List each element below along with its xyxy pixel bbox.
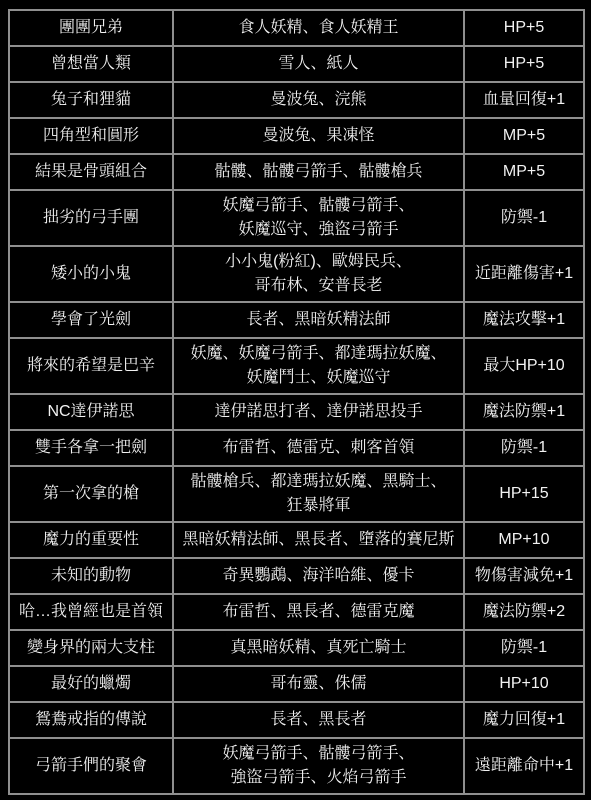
combo-effect-cell: 遠距離命中+1 [464, 738, 584, 794]
table-row: 將來的希望是巴辛 妖魔、妖魔弓箭手、都達瑪拉妖魔、 妖魔鬥士、妖魔巡守 最大HP… [9, 338, 584, 394]
combo-title-cell: 結果是骨頭組合 [9, 154, 173, 190]
combo-effect-cell: HP+5 [464, 10, 584, 46]
combo-title-cell: 哈…我曾經也是首領 [9, 594, 173, 630]
table-row: 矮小的小鬼 小小鬼(粉紅)、歐姆民兵、 哥布林、安普長老 近距離傷害+1 [9, 246, 584, 302]
combo-title-cell: 雙手各拿一把劍 [9, 430, 173, 466]
combo-effect-cell: 魔法防禦+2 [464, 594, 584, 630]
combo-table-container: 團團兄弟 食人妖精、食人妖精王 HP+5 曾想當人類 雪人、紙人 HP+5 兔子… [0, 0, 591, 800]
combo-effect-cell: 防禦-1 [464, 430, 584, 466]
combo-members-cell: 奇異鸚鵡、海洋哈維、優卡 [173, 558, 464, 594]
table-row: 團團兄弟 食人妖精、食人妖精王 HP+5 [9, 10, 584, 46]
combo-effect-cell: 防禦-1 [464, 630, 584, 666]
table-row: 弓箭手們的聚會 妖魔弓箭手、骷髏弓箭手、 強盜弓箭手、火焰弓箭手 遠距離命中+1 [9, 738, 584, 794]
combo-title-cell: 變身界的兩大支柱 [9, 630, 173, 666]
combo-members-cell: 長者、黑長者 [173, 702, 464, 738]
combo-members-cell: 黑暗妖精法師、黑長者、墮落的賽尼斯 [173, 522, 464, 558]
combo-effect-cell: 物傷害減免+1 [464, 558, 584, 594]
combo-title-cell: 曾想當人類 [9, 46, 173, 82]
table-row: 魔力的重要性 黑暗妖精法師、黑長者、墮落的賽尼斯 MP+10 [9, 522, 584, 558]
combo-effect-cell: 血量回復+1 [464, 82, 584, 118]
table-row: 學會了光劍 長者、黑暗妖精法師 魔法攻擊+1 [9, 302, 584, 338]
combo-title-cell: 將來的希望是巴辛 [9, 338, 173, 394]
combo-title-cell: 最好的蠟燭 [9, 666, 173, 702]
combo-effect-cell: 魔法防禦+1 [464, 394, 584, 430]
table-row: 未知的動物 奇異鸚鵡、海洋哈維、優卡 物傷害減免+1 [9, 558, 584, 594]
table-row: 變身界的兩大支柱 真黑暗妖精、真死亡騎士 防禦-1 [9, 630, 584, 666]
table-row: 拙劣的弓手團 妖魔弓箭手、骷髏弓箭手、 妖魔巡守、強盜弓箭手 防禦-1 [9, 190, 584, 246]
combo-members-cell: 小小鬼(粉紅)、歐姆民兵、 哥布林、安普長老 [173, 246, 464, 302]
combo-members-cell: 達伊諾思打者、達伊諾思投手 [173, 394, 464, 430]
combo-effect-cell: MP+5 [464, 154, 584, 190]
combo-members-cell: 布雷哲、德雷克、刺客首領 [173, 430, 464, 466]
combo-members-cell: 長者、黑暗妖精法師 [173, 302, 464, 338]
combo-title-cell: 第一次拿的槍 [9, 466, 173, 522]
table-row: 結果是骨頭組合 骷髏、骷髏弓箭手、骷髏槍兵 MP+5 [9, 154, 584, 190]
combo-title-cell: 四角型和圓形 [9, 118, 173, 154]
combo-title-cell: 矮小的小鬼 [9, 246, 173, 302]
combo-title-cell: 團團兄弟 [9, 10, 173, 46]
combo-members-cell: 真黑暗妖精、真死亡騎士 [173, 630, 464, 666]
combo-title-cell: 兔子和狸貓 [9, 82, 173, 118]
combo-members-cell: 妖魔弓箭手、骷髏弓箭手、 妖魔巡守、強盜弓箭手 [173, 190, 464, 246]
combo-effect-cell: 最大HP+10 [464, 338, 584, 394]
combo-effect-cell: MP+5 [464, 118, 584, 154]
combo-title-cell: 鴛鴦戒指的傳說 [9, 702, 173, 738]
combo-title-cell: 魔力的重要性 [9, 522, 173, 558]
combo-title-cell: 拙劣的弓手團 [9, 190, 173, 246]
combo-members-cell: 曼波兔、果凍怪 [173, 118, 464, 154]
combo-members-cell: 曼波兔、浣熊 [173, 82, 464, 118]
combo-effect-cell: 魔法攻擊+1 [464, 302, 584, 338]
combo-table-body: 團團兄弟 食人妖精、食人妖精王 HP+5 曾想當人類 雪人、紙人 HP+5 兔子… [9, 10, 584, 794]
combo-effect-cell: 魔力回復+1 [464, 702, 584, 738]
combo-members-cell: 妖魔弓箭手、骷髏弓箭手、 強盜弓箭手、火焰弓箭手 [173, 738, 464, 794]
table-row: 雙手各拿一把劍 布雷哲、德雷克、刺客首領 防禦-1 [9, 430, 584, 466]
table-row: 第一次拿的槍 骷髏槍兵、都達瑪拉妖魔、黑騎士、 狂暴將軍 HP+15 [9, 466, 584, 522]
table-row: 四角型和圓形 曼波兔、果凍怪 MP+5 [9, 118, 584, 154]
table-row: 鴛鴦戒指的傳說 長者、黑長者 魔力回復+1 [9, 702, 584, 738]
table-row: NC達伊諾思 達伊諾思打者、達伊諾思投手 魔法防禦+1 [9, 394, 584, 430]
combo-effect-cell: HP+15 [464, 466, 584, 522]
table-row: 曾想當人類 雪人、紙人 HP+5 [9, 46, 584, 82]
combo-members-cell: 布雷哲、黑長者、德雷克魔 [173, 594, 464, 630]
table-row: 兔子和狸貓 曼波兔、浣熊 血量回復+1 [9, 82, 584, 118]
combo-title-cell: NC達伊諾思 [9, 394, 173, 430]
table-row: 哈…我曾經也是首領 布雷哲、黑長者、德雷克魔 魔法防禦+2 [9, 594, 584, 630]
combo-effect-cell: HP+5 [464, 46, 584, 82]
combo-effect-cell: 防禦-1 [464, 190, 584, 246]
combo-members-cell: 雪人、紙人 [173, 46, 464, 82]
combo-members-cell: 骷髏槍兵、都達瑪拉妖魔、黑騎士、 狂暴將軍 [173, 466, 464, 522]
combo-title-cell: 弓箭手們的聚會 [9, 738, 173, 794]
combo-effect-cell: 近距離傷害+1 [464, 246, 584, 302]
combo-title-cell: 學會了光劍 [9, 302, 173, 338]
combo-members-cell: 骷髏、骷髏弓箭手、骷髏槍兵 [173, 154, 464, 190]
combo-effect-cell: MP+10 [464, 522, 584, 558]
combo-effect-cell: HP+10 [464, 666, 584, 702]
combo-title-cell: 未知的動物 [9, 558, 173, 594]
combo-table: 團團兄弟 食人妖精、食人妖精王 HP+5 曾想當人類 雪人、紙人 HP+5 兔子… [8, 9, 585, 795]
combo-members-cell: 食人妖精、食人妖精王 [173, 10, 464, 46]
table-row: 最好的蠟燭 哥布靈、侏儒 HP+10 [9, 666, 584, 702]
combo-members-cell: 哥布靈、侏儒 [173, 666, 464, 702]
combo-members-cell: 妖魔、妖魔弓箭手、都達瑪拉妖魔、 妖魔鬥士、妖魔巡守 [173, 338, 464, 394]
